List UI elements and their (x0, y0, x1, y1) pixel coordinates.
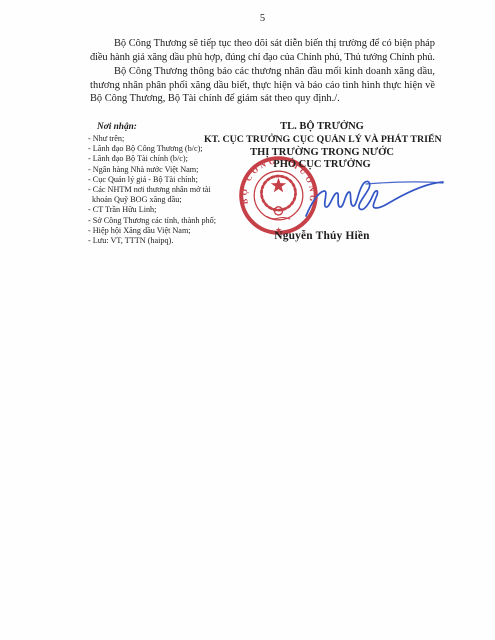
signature-stroke (296, 170, 446, 222)
recipients-block: Nơi nhận: - Như trên; - Lãnh đạo Bộ Công… (88, 122, 216, 246)
document-page: 5 Bộ Công Thương sẽ tiếp tục theo dõi sá… (0, 0, 495, 640)
body-line: Bộ Công Thương sẽ tiếp tục theo dõi sát … (114, 38, 435, 49)
signer-title-line: THỊ TRƯỜNG TRONG NƯỚC (204, 147, 440, 160)
seal-emblem-star-icon (271, 178, 286, 193)
recipient-item: - Sở Công Thương các tỉnh, thành phố; (88, 216, 216, 226)
signer-name: Nguyễn Thúy Hiền (204, 230, 440, 242)
recipient-item: - Như trên; (88, 134, 216, 144)
page-number: 5 (90, 13, 435, 24)
signature-ink (306, 181, 443, 216)
body-line: thương nhân phân phối xăng dầu biết, thự… (90, 80, 435, 91)
recipient-item: - Lãnh đạo Bộ Công Thương (b/c); (88, 144, 216, 154)
signature-main-stroke (306, 181, 443, 216)
recipient-item: - Hiệp hội Xăng dầu Việt Nam; (88, 226, 216, 236)
body-line: Bộ Công Thương thông báo các thương nhân… (114, 66, 435, 77)
body-line: điều hành giá xăng dầu phù hợp, đúng chỉ… (90, 52, 435, 63)
signer-title-line: TL. BỘ TRƯỞNG (204, 121, 440, 134)
recipient-item: - CT Trần Hữu Linh; (88, 205, 216, 215)
recipient-item: - Cục Quản lý giá - Bộ Tài chính; (88, 175, 216, 185)
recipient-item: - Lãnh đạo Bộ Tài chính (b/c); (88, 154, 216, 164)
recipients-heading: Nơi nhận: (88, 122, 216, 132)
signer-title-line: KT. CỤC TRƯỞNG CỤC QUẢN LÝ VÀ PHÁT TRIỂN (204, 134, 440, 147)
recipient-item: - Các NHTM nơi thương nhân mở tài khoản … (88, 185, 216, 205)
signer-title-block: TL. BỘ TRƯỞNG KT. CỤC TRƯỞNG CỤC QUẢN LÝ… (204, 121, 440, 172)
body-line: Bộ Công Thương, Bộ Tài chính để giám sát… (90, 93, 340, 104)
recipient-item: - Ngân hàng Nhà nước Việt Nam; (88, 165, 216, 175)
body-paragraphs: Bộ Công Thương sẽ tiếp tục theo dõi sát … (90, 33, 435, 111)
recipient-item: - Lưu: VT, TTTN (haipq). (88, 236, 216, 246)
